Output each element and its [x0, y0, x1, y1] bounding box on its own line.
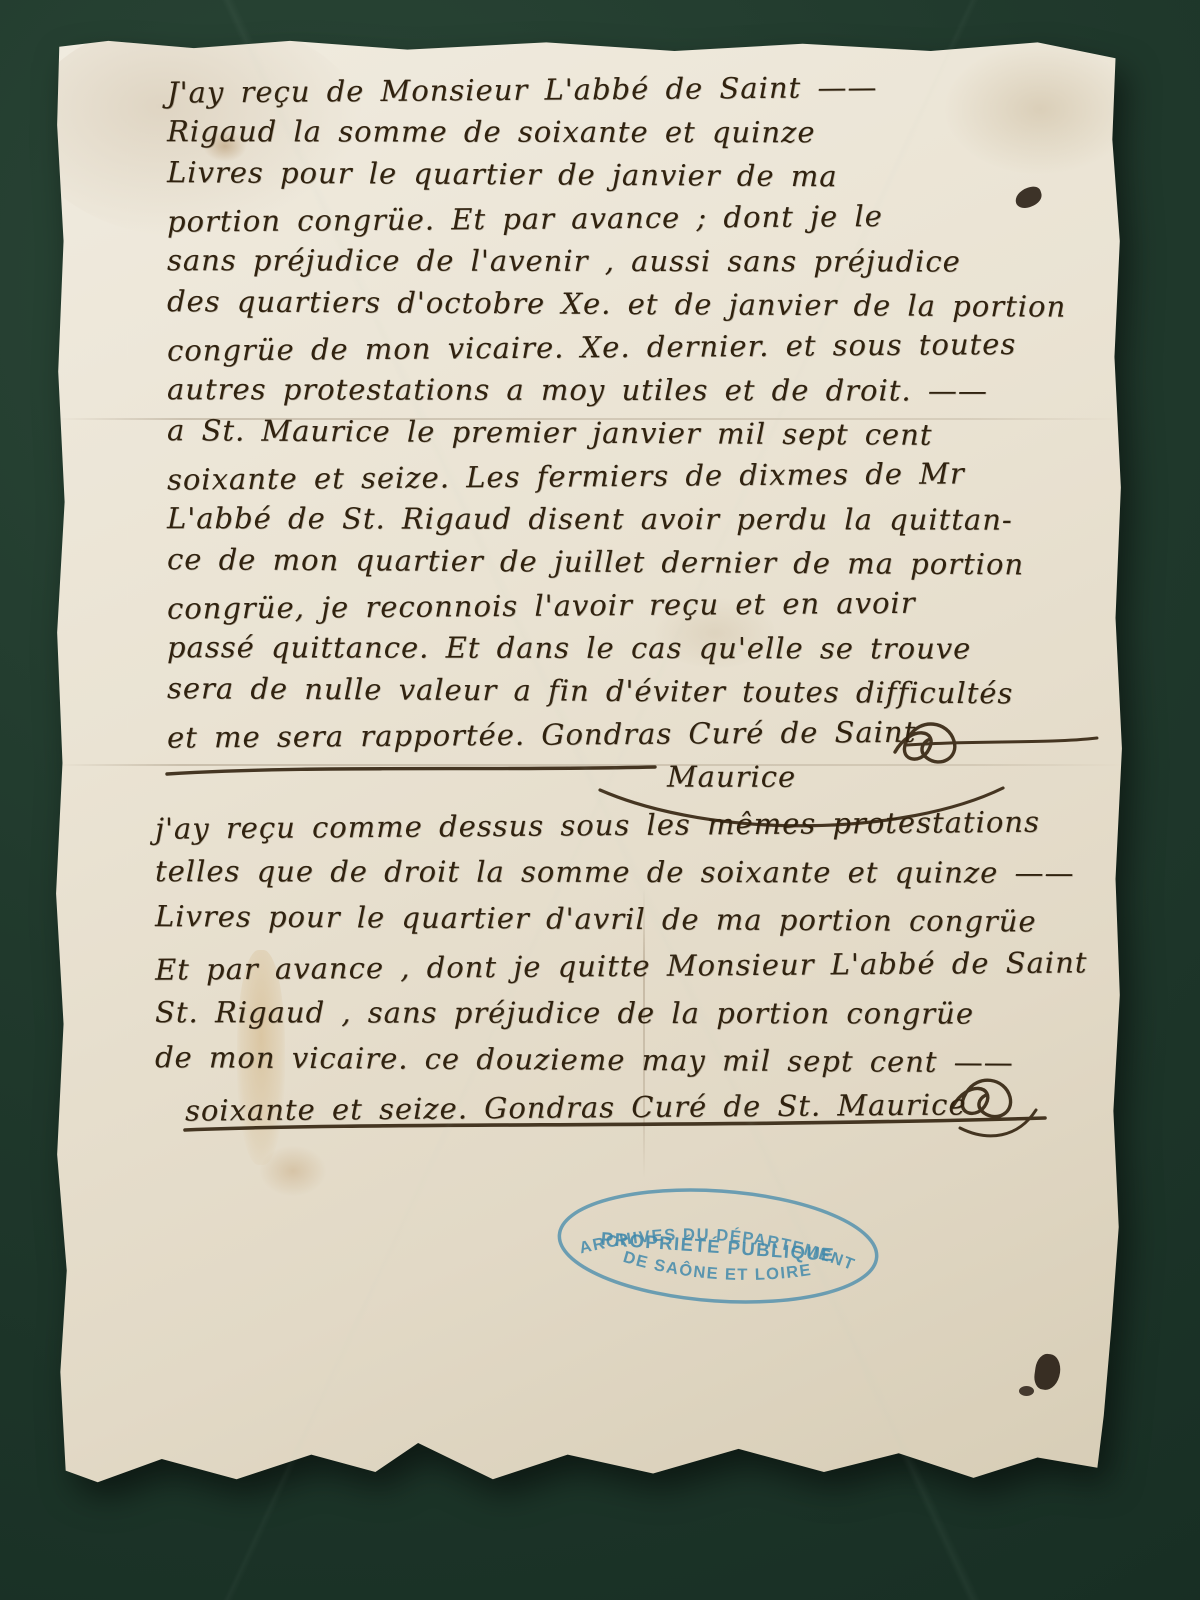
manuscript-line: ce de mon quartier de juillet dernier de…: [167, 538, 1097, 587]
manuscript-line: soixante et seize. Les fermiers de dixme…: [167, 451, 1097, 501]
manuscript-line: sans préjudice de l'avenir , aussi sans …: [167, 239, 1097, 284]
manuscript-line: des quartiers d'octobre Xe. et de janvie…: [167, 280, 1097, 329]
manuscript-line: autres protestations a moy utiles et de …: [167, 368, 1097, 413]
manuscript-line: Et par avance , dont je quitte Monsieur …: [155, 939, 1105, 993]
manuscript-line: Rigaud la somme de soixante et quinze: [167, 110, 1097, 155]
manuscript-line: congrüe, je reconnois l'avoir reçu et en…: [167, 580, 1097, 630]
ink-blot: [1019, 1386, 1034, 1396]
receipt-paragraph-2: j'ay reçu comme dessus sous les mêmes pr…: [155, 802, 1105, 1131]
manuscript-line: J'ay reçu de Monsieur L'abbé de Saint ——: [167, 64, 1097, 114]
manuscript-line: telles que de droit la somme de soixante…: [155, 848, 1105, 897]
manuscript-line: congrüe de mon vicaire. Xe. dernier. et …: [167, 322, 1097, 372]
receipt-paragraph-1: J'ay reçu de Monsieur L'abbé de Saint ——…: [167, 68, 1097, 799]
ink-blot: [1033, 1352, 1063, 1391]
manuscript-line: a St. Maurice le premier janvier mil sep…: [167, 409, 1097, 458]
signature-name: Maurice: [667, 756, 1097, 800]
photo-background: J'ay reçu de Monsieur L'abbé de Saint ——…: [0, 0, 1200, 1600]
paper-shadow-wrap: J'ay reçu de Monsieur L'abbé de Saint ——…: [55, 38, 1123, 1488]
manuscript-line: St. Rigaud , sans préjudice de la portio…: [155, 989, 1105, 1038]
archive-stamp: ARCHIVES DU DÉPARTEMENT PROPRIÉTÉ PUBLIQ…: [549, 1173, 887, 1321]
manuscript-line: sera de nulle valeur a fin d'éviter tout…: [167, 667, 1097, 716]
manuscript-line: j'ay reçu comme dessus sous les mêmes pr…: [155, 798, 1105, 852]
manuscript-line: de mon vicaire. ce douzieme may mil sept…: [155, 1034, 1105, 1087]
manuscript-line: portion congrüe. Et par avance ; dont je…: [167, 193, 1097, 243]
manuscript-line: et me sera rapportée. Gondras Curé de Sa…: [167, 709, 1097, 759]
manuscript-line: Livres pour le quartier d'avril de ma po…: [155, 893, 1105, 946]
manuscript-line: passé quittance. Et dans le cas qu'elle …: [167, 626, 1097, 671]
manuscript-line: soixante et seize. Gondras Curé de St. M…: [185, 1080, 1105, 1134]
manuscript-paper: J'ay reçu de Monsieur L'abbé de Saint ——…: [55, 38, 1123, 1488]
aging-stain: [260, 1146, 326, 1196]
manuscript-line: L'abbé de St. Rigaud disent avoir perdu …: [167, 497, 1097, 542]
manuscript-line: Livres pour le quartier de janvier de ma: [167, 151, 1097, 200]
